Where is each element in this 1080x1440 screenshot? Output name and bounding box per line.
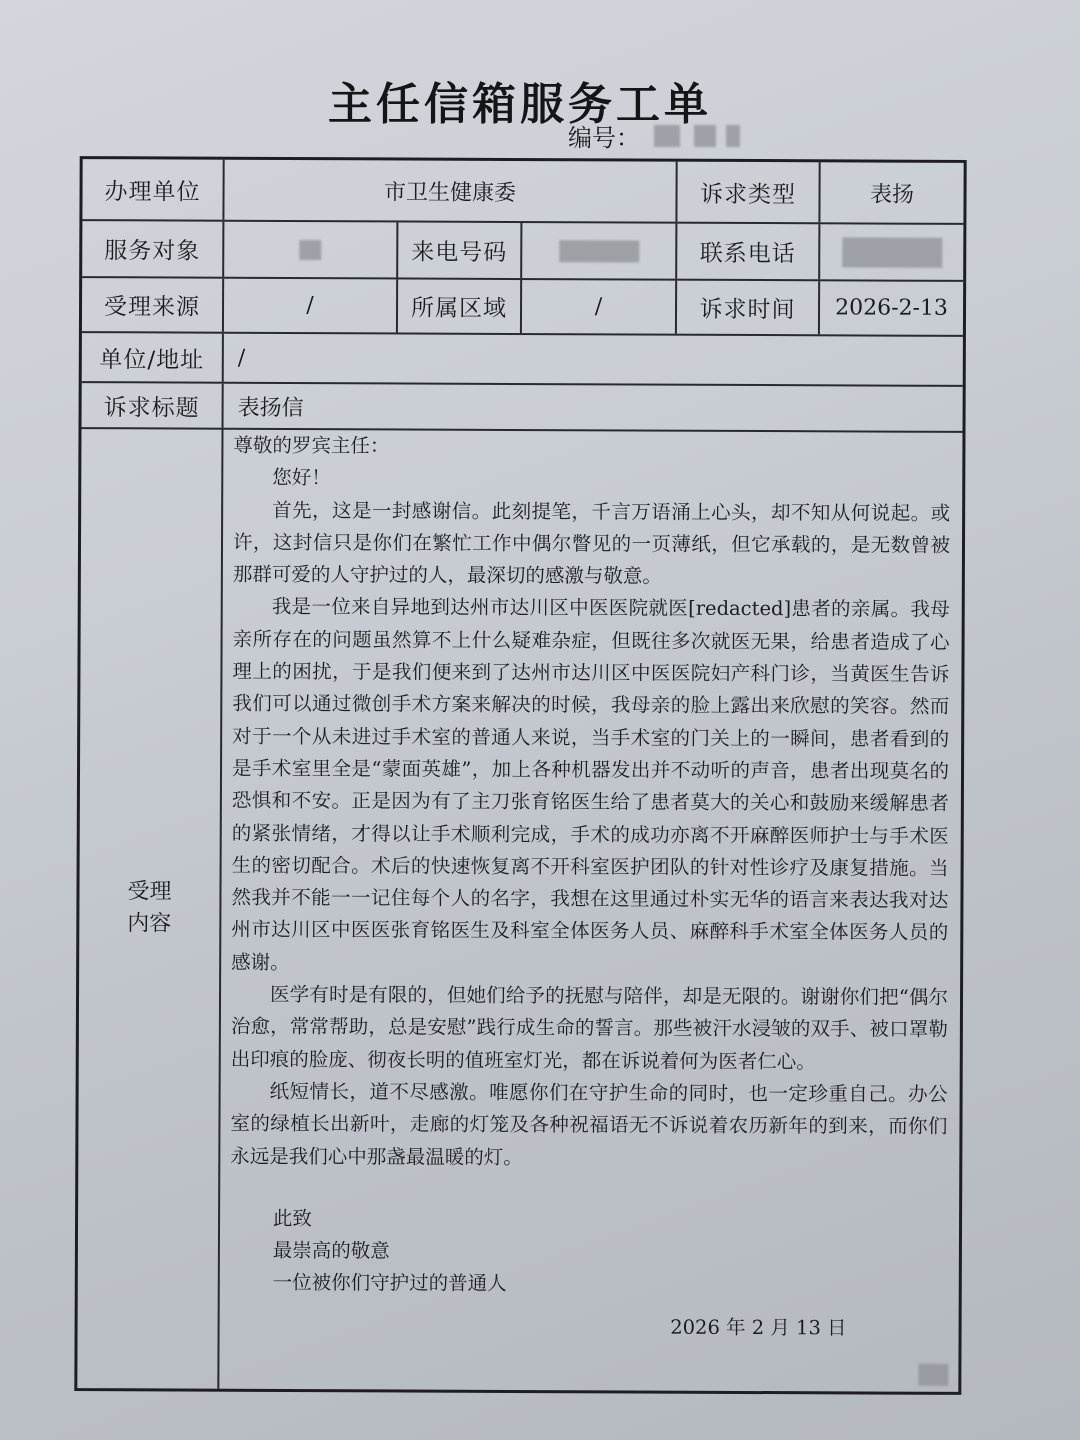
serial-redacted (726, 125, 740, 147)
serial-redacted (694, 125, 716, 147)
request-type-label: 诉求类型 (677, 162, 820, 223)
request-time-label: 诉求时间 (677, 281, 820, 335)
address-label: 单位/地址 (82, 333, 224, 382)
letter-paragraph: 纸短情长，道不尽感激。唯愿你们在守护生命的同时，也一定珍重自己。办公室的绿植长出… (230, 1076, 947, 1176)
redacted-block (842, 237, 942, 267)
source-value: / (224, 279, 398, 333)
letter-closing: 此致 (230, 1203, 947, 1238)
letter-body: 尊敬的罗宾主任： 您好！ 首先，这是一封感谢信。此刻提笔，千言万语涌上心头，却不… (229, 430, 950, 1392)
handling-unit-label: 办理单位 (82, 159, 224, 220)
row-address: 单位/地址 / (82, 333, 963, 387)
request-time-value: 2026-2-13 (820, 281, 963, 335)
contact-phone-label: 联系电话 (677, 224, 820, 280)
region-value: / (522, 280, 677, 334)
caller-number-label: 来电号码 (398, 222, 522, 278)
letter-closing-respect: 最崇高的敬意 (230, 1235, 947, 1270)
service-target-value (224, 222, 398, 278)
content-label: 受理内容 (124, 876, 174, 940)
letter-signature: 一位被你们守护过的普通人 (230, 1267, 947, 1302)
row-subject: 诉求标题 表扬信 (82, 383, 963, 433)
letter-paragraph: 首先，这是一封感谢信。此刻提笔，千言万语涌上心头，却不知从何说起。或许，这封信只… (233, 494, 950, 594)
redacted-block (299, 240, 321, 260)
row-source: 受理来源 / 所属区域 / 诉求时间 2026-2-13 (82, 278, 963, 337)
source-label: 受理来源 (82, 278, 224, 332)
subject-label: 诉求标题 (82, 383, 224, 428)
letter-paragraph: 医学有时是有限的，但她们给予的抚慰与陪伴，却是无限的。谢谢你们把“偶尔治愈，常常… (231, 979, 948, 1079)
letter-greeting: 您好！ (233, 462, 950, 497)
letter-date: 2026 年 2 月 13 日 (230, 1309, 947, 1344)
caller-number-value (522, 223, 677, 279)
subject-value: 表扬信 (224, 384, 963, 431)
region-label: 所属区域 (398, 279, 522, 333)
row-service-target: 服务对象 来电号码 联系电话 (82, 221, 963, 282)
letter-paragraph: 我是一位来自异地到达州市达川区中医医院就医[redacted]患者的亲属。我母亲… (231, 591, 950, 982)
serial-label: 编号： (568, 118, 640, 153)
work-order-form: 办理单位 市卫生健康委 诉求类型 表扬 服务对象 来电号码 联系电话 受理来源 … (74, 156, 966, 1395)
contact-phone-value (820, 224, 963, 280)
footer-stamp (918, 1364, 948, 1386)
request-type-value: 表扬 (820, 162, 963, 223)
redacted-block (559, 240, 639, 262)
stamp-redacted (918, 1364, 948, 1386)
row-handling-unit: 办理单位 市卫生健康委 诉求类型 表扬 (82, 159, 963, 225)
serial-redacted (654, 125, 680, 147)
serial-number: 编号： (568, 118, 740, 153)
letter-salutation: 尊敬的罗宾主任： (233, 430, 950, 465)
address-value: / (224, 334, 963, 385)
handling-unit-value: 市卫生健康委 (224, 160, 677, 222)
content-label-cell: 受理内容 (77, 427, 223, 1389)
service-target-label: 服务对象 (82, 221, 224, 277)
